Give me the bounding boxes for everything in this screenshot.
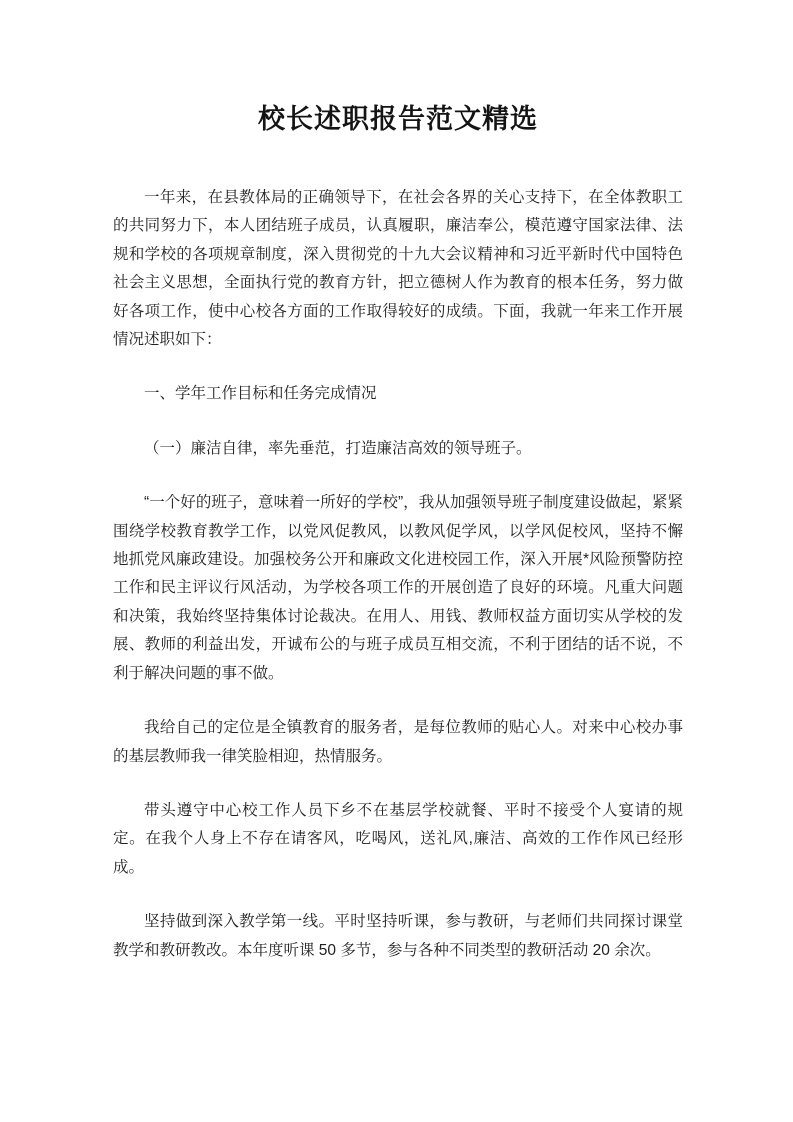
document-title: 校长述职报告范文精选 <box>113 100 683 138</box>
section-heading-1: 一、学年工作目标和任务完成情况 <box>113 380 683 408</box>
subsection-heading-1-1: （一）廉洁自律，率先垂范，打造廉洁高效的领导班子。 <box>113 435 683 463</box>
paragraph-work-style: 带头遵守中心校工作人员下乡不在基层学校就餐、平时不接受个人宴请的规定。在我个人身… <box>113 797 683 882</box>
paragraph-leadership-team: “一个好的班子，意味着一所好的学校”，我从加强领导班子制度建设做起，紧紧围绕学校… <box>113 489 683 688</box>
paragraph-service-role: 我给自己的定位是全镇教育的服务者，是每位教师的贴心人。对来中心校办事的基层教师我… <box>113 714 683 771</box>
document-page: 校长述职报告范文精选 一年来，在县教体局的正确领导下，在社会各界的关心支持下，在… <box>0 0 793 1122</box>
paragraph-teaching-frontline: 坚持做到深入教学第一线。平时坚持听课，参与教研，与老师们共同探讨课堂教学和教研教… <box>113 908 683 965</box>
paragraph-intro: 一年来，在县教体局的正确领导下，在社会各界的关心支持下，在全体教职工的共同努力下… <box>113 184 683 354</box>
